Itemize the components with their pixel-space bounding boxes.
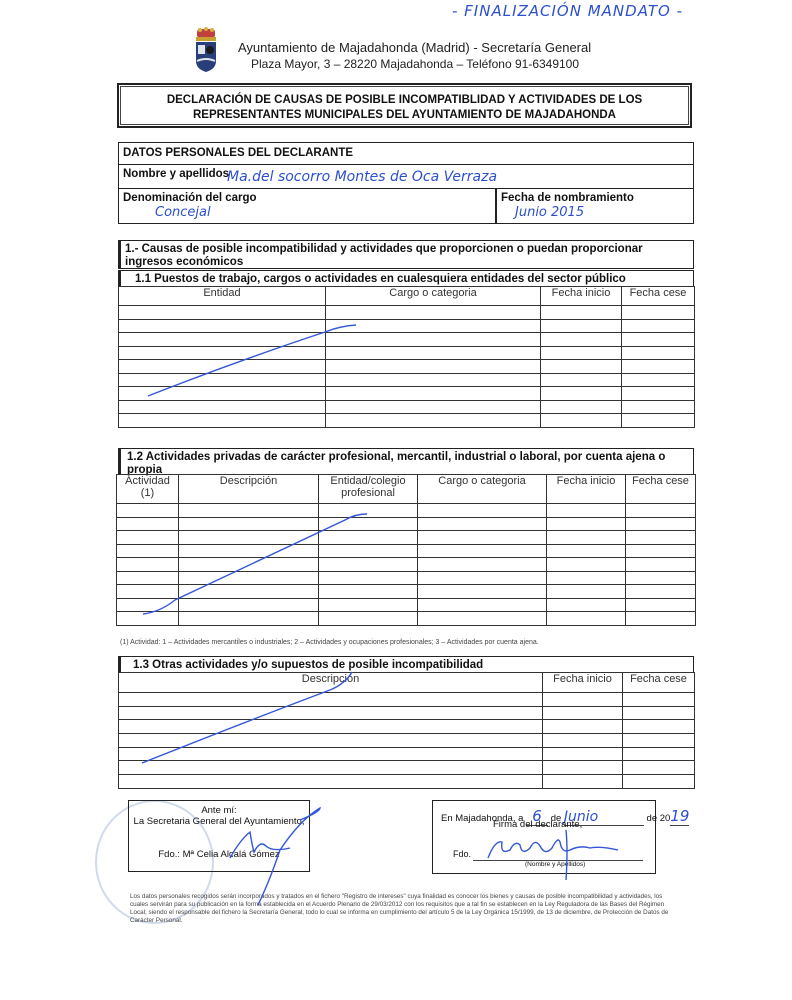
table-cell[interactable] — [119, 373, 326, 387]
document-title: DECLARACIÓN DE CAUSAS DE POSIBLE INCOMPA… — [117, 83, 692, 128]
table-cell[interactable] — [541, 414, 622, 428]
table-cell[interactable] — [547, 544, 626, 558]
table-cell[interactable] — [541, 319, 622, 333]
table-cell[interactable] — [326, 319, 541, 333]
secretary-title: La Secretaria General del Ayuntamiento, — [129, 816, 309, 827]
table-cell[interactable] — [547, 612, 626, 626]
col-fecha-cese: Fecha cese — [623, 673, 695, 693]
table-row — [117, 558, 696, 572]
table-cell[interactable] — [622, 346, 695, 360]
fdo-label: Fdo. — [453, 849, 471, 859]
table-row — [119, 693, 695, 707]
table-cell[interactable] — [541, 360, 622, 374]
secretary-name: Fdo.: Mª Celia Alcalá Gómez — [129, 849, 309, 860]
table-row — [119, 333, 695, 347]
data-protection-notice: Los datos personales recogidos serán inc… — [130, 893, 670, 925]
table-row — [119, 400, 695, 414]
handwritten-top-note: - FINALIZACIÓN MANDATO - — [452, 2, 683, 20]
col-entidad-colegio: Entidad/colegio profesional — [319, 475, 418, 504]
table-cell[interactable] — [119, 414, 326, 428]
declarant-signature-box: En Majadahonda, a 6 de Junio de 2019 Fir… — [432, 800, 656, 874]
table-cell[interactable] — [622, 306, 695, 320]
table-cell[interactable] — [623, 720, 695, 734]
col-entidad: Entidad — [119, 287, 326, 306]
table-cell[interactable] — [543, 747, 623, 761]
ante-mi-label: Ante mí: — [129, 805, 309, 816]
table-cell[interactable] — [179, 531, 319, 545]
table-row — [117, 612, 696, 626]
table-cell[interactable] — [119, 346, 326, 360]
table-cell[interactable] — [326, 414, 541, 428]
table-row — [119, 720, 695, 734]
name-field[interactable]: Ma.del socorro Montes de Oca Verraza — [227, 169, 497, 185]
table-cell[interactable] — [626, 531, 696, 545]
table-cell[interactable] — [119, 360, 326, 374]
table-cell[interactable] — [119, 775, 543, 789]
table-cell[interactable] — [319, 598, 418, 612]
table-row — [117, 544, 696, 558]
table-cell[interactable] — [119, 693, 543, 707]
col-fecha-inicio: Fecha inicio — [547, 475, 626, 504]
table-cell[interactable] — [119, 319, 326, 333]
table-cell[interactable] — [543, 775, 623, 789]
table-cell[interactable] — [119, 387, 326, 401]
table-cell[interactable] — [541, 387, 622, 401]
title-line-2: REPRESENTANTES MUNICIPALES DEL AYUNTAMIE… — [119, 108, 690, 123]
table-cell[interactable] — [541, 373, 622, 387]
col-descripcion: Descripción — [179, 475, 319, 504]
name-label: Nombre y apellidos — [123, 168, 229, 180]
table-row — [119, 387, 695, 401]
table-cell[interactable] — [622, 319, 695, 333]
table-cell[interactable] — [622, 400, 695, 414]
table-cell[interactable] — [117, 598, 179, 612]
table-cell[interactable] — [547, 531, 626, 545]
table-cell[interactable] — [117, 558, 179, 572]
table-cell[interactable] — [179, 517, 319, 531]
table-cell[interactable] — [623, 693, 695, 707]
table-cell[interactable] — [179, 585, 319, 599]
cargo-field[interactable]: Concejal — [155, 205, 211, 220]
table-cell[interactable] — [319, 612, 418, 626]
table-cell[interactable] — [547, 558, 626, 572]
title-line-1: DECLARACIÓN DE CAUSAS DE POSIBLE INCOMPA… — [119, 93, 690, 108]
table-row — [119, 775, 695, 789]
table-cell[interactable] — [326, 346, 541, 360]
table-cell[interactable] — [319, 531, 418, 545]
table-cell[interactable] — [626, 571, 696, 585]
table-cell[interactable] — [119, 706, 543, 720]
institution-address: Plaza Mayor, 3 – 28220 Majadahonda – Tel… — [251, 56, 598, 72]
table-cell[interactable] — [626, 544, 696, 558]
table-cell[interactable] — [626, 598, 696, 612]
table-cell[interactable] — [119, 306, 326, 320]
table-cell[interactable] — [541, 400, 622, 414]
table-cell[interactable] — [418, 504, 547, 518]
table-cell[interactable] — [626, 517, 696, 531]
table-cell[interactable] — [547, 517, 626, 531]
section-1-2-heading: 1.2 Actividades privadas de carácter pro… — [118, 448, 694, 475]
table-row — [117, 517, 696, 531]
fecha-nombramiento-field[interactable]: Junio 2015 — [515, 205, 584, 220]
col-descripcion: Descripción — [119, 673, 543, 693]
table-cell[interactable] — [547, 504, 626, 518]
section-1-heading: 1.- Causas de posible incompatibilidad y… — [118, 240, 694, 269]
name-caption: (Nombre y Apellidos) — [525, 861, 585, 868]
fecha-nombramiento-label: Fecha de nombramiento — [501, 192, 634, 204]
table-row — [119, 734, 695, 748]
table-cell[interactable] — [543, 720, 623, 734]
table-row — [117, 531, 696, 545]
table-cell[interactable] — [319, 544, 418, 558]
table-cell[interactable] — [326, 387, 541, 401]
table-cell[interactable] — [418, 612, 547, 626]
table-cell[interactable] — [119, 747, 543, 761]
table-cell[interactable] — [179, 504, 319, 518]
section-1-3-heading: 1.3 Otras actividades y/o supuestos de p… — [118, 656, 694, 673]
table-cell[interactable] — [319, 585, 418, 599]
table-cell[interactable] — [623, 706, 695, 720]
col-actividad: Actividad (1) — [117, 475, 179, 504]
table-row — [119, 706, 695, 720]
col-cargo: Cargo o categoria — [326, 287, 541, 306]
table-row — [119, 373, 695, 387]
table-cell[interactable] — [117, 544, 179, 558]
table-cell[interactable] — [623, 761, 695, 775]
table-cell[interactable] — [326, 306, 541, 320]
table-cell[interactable] — [543, 734, 623, 748]
table-cell[interactable] — [541, 306, 622, 320]
institution-header: Ayuntamiento de Majadahonda (Madrid) - S… — [238, 40, 598, 72]
col-cargo: Cargo o categoria — [418, 475, 547, 504]
section-1-1-table: Entidad Cargo o categoria Fecha inicio F… — [118, 286, 695, 428]
table-cell[interactable] — [119, 333, 326, 347]
table-cell[interactable] — [117, 571, 179, 585]
table-cell[interactable] — [319, 571, 418, 585]
table-cell[interactable] — [326, 400, 541, 414]
col-fecha-cese: Fecha cese — [626, 475, 696, 504]
table-cell[interactable] — [547, 585, 626, 599]
table-cell[interactable] — [326, 373, 541, 387]
table-cell[interactable] — [418, 558, 547, 572]
table-cell[interactable] — [179, 558, 319, 572]
firma-label: Firma del declarante, — [493, 819, 582, 830]
col-fecha-cese: Fecha cese — [622, 287, 695, 306]
table-cell[interactable] — [626, 612, 696, 626]
table-cell[interactable] — [543, 761, 623, 775]
table-cell[interactable] — [623, 747, 695, 761]
year-prefix: de 20 — [647, 813, 671, 824]
table-cell[interactable] — [626, 504, 696, 518]
activity-footnote: (1) Actividad: 1 – Actividades mercantil… — [120, 639, 539, 646]
table-cell[interactable] — [622, 414, 695, 428]
table-cell[interactable] — [622, 373, 695, 387]
table-cell[interactable] — [117, 531, 179, 545]
table-cell[interactable] — [119, 734, 543, 748]
table-cell[interactable] — [541, 346, 622, 360]
section-1-3-table: Descripción Fecha inicio Fecha cese — [118, 672, 695, 789]
table-cell[interactable] — [418, 544, 547, 558]
table-cell[interactable] — [626, 585, 696, 599]
table-row — [117, 504, 696, 518]
section-1-1-heading: 1.1 Puestos de trabajo, cargos o activid… — [118, 270, 694, 287]
table-cell[interactable] — [119, 761, 543, 775]
cargo-label: Denominación del cargo — [123, 192, 257, 204]
table-cell[interactable] — [547, 571, 626, 585]
table-cell[interactable] — [418, 571, 547, 585]
table-cell[interactable] — [418, 598, 547, 612]
table-cell[interactable] — [319, 558, 418, 572]
table-row — [119, 306, 695, 320]
table-cell[interactable] — [326, 333, 541, 347]
table-cell[interactable] — [179, 544, 319, 558]
table-cell[interactable] — [543, 693, 623, 707]
table-row — [117, 571, 696, 585]
table-cell[interactable] — [623, 775, 695, 789]
col-fecha-inicio: Fecha inicio — [541, 287, 622, 306]
col-fecha-inicio: Fecha inicio — [543, 673, 623, 693]
year-field[interactable]: 19 — [670, 807, 689, 826]
table-cell[interactable] — [622, 360, 695, 374]
table-cell[interactable] — [626, 558, 696, 572]
table-row — [119, 346, 695, 360]
personal-data-heading: DATOS PERSONALES DEL DECLARANTE — [123, 147, 353, 159]
table-row — [117, 598, 696, 612]
table-cell[interactable] — [326, 360, 541, 374]
table-row — [117, 585, 696, 599]
personal-data-section: DATOS PERSONALES DEL DECLARANTE Nombre y… — [118, 142, 694, 224]
table-cell[interactable] — [418, 517, 547, 531]
secretary-signature-box: Ante mí: La Secretaria General del Ayunt… — [128, 800, 310, 872]
table-cell[interactable] — [179, 612, 319, 626]
table-cell[interactable] — [547, 598, 626, 612]
table-cell[interactable] — [418, 585, 547, 599]
table-cell[interactable] — [117, 612, 179, 626]
table-cell[interactable] — [117, 517, 179, 531]
table-cell[interactable] — [117, 585, 179, 599]
table-cell[interactable] — [179, 598, 319, 612]
table-cell[interactable] — [117, 504, 179, 518]
table-row — [119, 414, 695, 428]
table-cell[interactable] — [119, 400, 326, 414]
table-cell[interactable] — [319, 517, 418, 531]
table-cell[interactable] — [623, 734, 695, 748]
table-cell[interactable] — [622, 387, 695, 401]
table-cell[interactable] — [541, 333, 622, 347]
table-row — [119, 761, 695, 775]
section-1-2-table: Actividad (1) Descripción Entidad/colegi… — [116, 474, 696, 626]
table-row — [119, 360, 695, 374]
table-cell[interactable] — [179, 571, 319, 585]
table-row — [119, 747, 695, 761]
table-cell[interactable] — [319, 504, 418, 518]
table-row — [119, 319, 695, 333]
coat-of-arms-icon — [193, 27, 219, 73]
table-cell[interactable] — [622, 333, 695, 347]
institution-name: Ayuntamiento de Majadahonda (Madrid) - S… — [238, 40, 598, 56]
table-cell[interactable] — [543, 706, 623, 720]
table-cell[interactable] — [119, 720, 543, 734]
table-cell[interactable] — [418, 531, 547, 545]
